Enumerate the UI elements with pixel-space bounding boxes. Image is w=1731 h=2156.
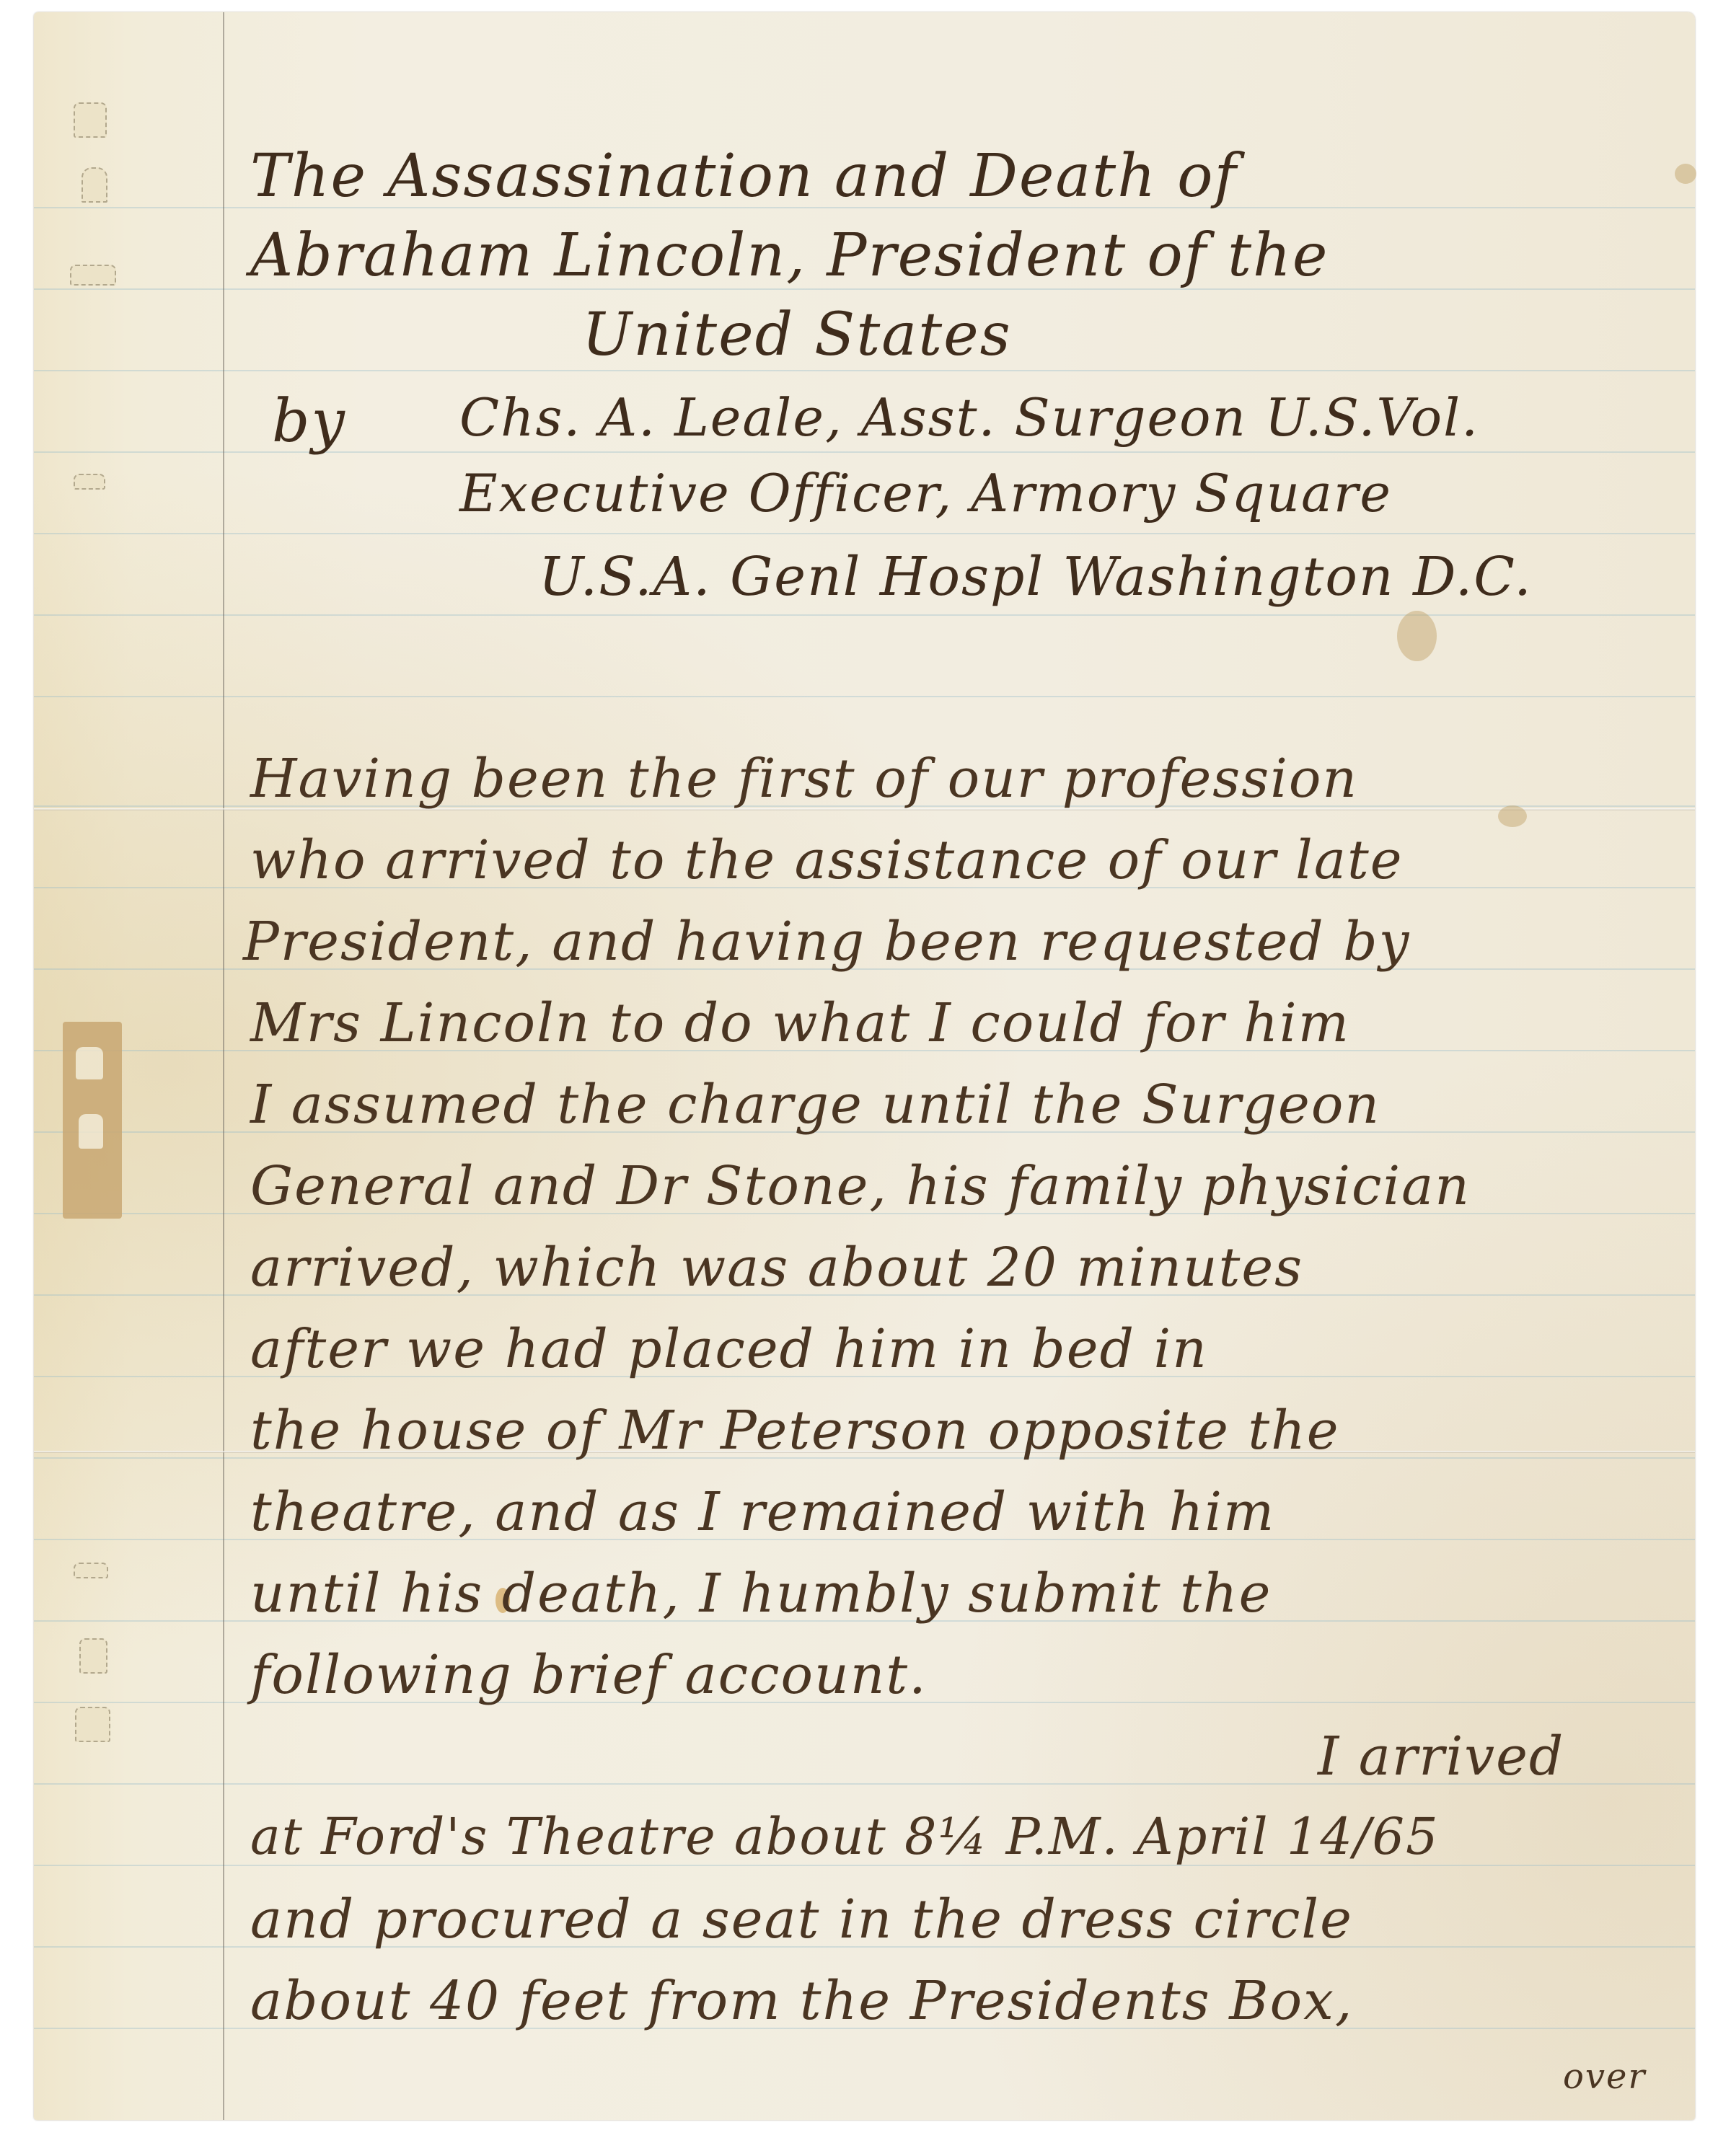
body-line: Mrs Lincoln to do what I could for him	[250, 992, 1350, 1054]
body-line: who arrived to the assistance of our lat…	[250, 829, 1404, 891]
tape-stain	[63, 1022, 122, 1219]
manuscript-page: The Assassination and Death of Abraham L…	[34, 12, 1695, 2120]
stain-window	[76, 1047, 103, 1079]
page-turn-note: over	[1563, 2056, 1646, 2097]
byline-author: Chs. A. Leale, Asst. Surgeon U.S.Vol.	[459, 387, 1479, 448]
ruled-line	[34, 614, 1695, 616]
binding-hole	[82, 167, 107, 203]
ruled-line	[34, 533, 1695, 534]
stain-window	[79, 1114, 103, 1149]
body-line: arrived, which was about 20 minutes	[250, 1237, 1303, 1299]
byline-by: by	[272, 387, 346, 456]
body-line: the house of Mr Peterson opposite the	[250, 1400, 1340, 1462]
body-line: President, and having been requested by	[243, 911, 1410, 973]
title-line-2: Abraham Lincoln, President of the	[250, 221, 1329, 290]
title-line-1: The Assassination and Death of	[250, 142, 1238, 211]
binding-hole	[75, 1707, 110, 1742]
body-line: and procured a seat in the dress circle	[250, 1888, 1353, 1950]
stain-spot	[1498, 805, 1527, 827]
body-line: about 40 feet from the Presidents Box,	[250, 1970, 1353, 2032]
author-position: Executive Officer, Armory Square	[459, 463, 1392, 523]
binding-hole	[74, 1563, 108, 1578]
body-line: theatre, and as I remained with him	[250, 1481, 1275, 1543]
body-line: General and Dr Stone, his family physici…	[250, 1155, 1471, 1217]
body-line: following brief account.	[250, 1644, 928, 1706]
body-line: after we had placed him in bed in	[250, 1318, 1208, 1380]
body-line: I arrived	[1318, 1726, 1564, 1788]
body-line: at Ford's Theatre about 8¼ P.M. April 14…	[250, 1807, 1440, 1866]
binding-hole	[74, 474, 105, 490]
ruled-line	[34, 370, 1695, 371]
stain-spot	[1397, 611, 1437, 661]
body-line: until his death, I humbly submit the	[250, 1563, 1272, 1625]
title-line-3: United States	[582, 301, 1012, 369]
body-line: I assumed the charge until the Surgeon	[250, 1074, 1380, 1136]
body-line: Having been the first of our profession	[250, 748, 1358, 810]
binding-hole	[70, 265, 116, 286]
author-location: U.S.A. Genl Hospl Washington D.C.	[539, 546, 1533, 608]
binding-hole	[74, 102, 107, 138]
stain-spot	[1675, 164, 1696, 184]
margin-line	[223, 12, 224, 2120]
binding-hole	[79, 1638, 107, 1674]
ruled-line	[34, 696, 1695, 697]
